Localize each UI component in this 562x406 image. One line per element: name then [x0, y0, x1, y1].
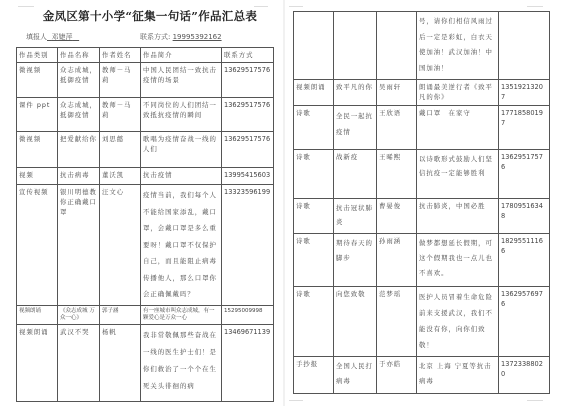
table-row: 诗歌 全民一起抗疫情 王欣语 戴口罩 在家守 17718580197	[294, 106, 550, 150]
cell-category: 微视频	[17, 63, 58, 98]
table-row: 视频朗诵 《众志成城 万众一心》 郭子涵 有一座城市叫众志成城，有一颗爱心是万众…	[17, 305, 274, 324]
page-corner-mark	[18, 6, 34, 7]
cell-category: 诗歌	[294, 150, 334, 199]
cell-intro: 疫情当前，我们每个人不能给国家添乱，戴口罩，会戴口罩是多么重要呀！戴口罩不仅保护…	[141, 185, 222, 306]
cell-author: 孙雨涵	[377, 234, 417, 287]
cell-author: 教师－马莉	[100, 63, 141, 98]
cell-phone: 13469671139	[222, 324, 274, 401]
header-intro: 作品简介	[141, 48, 222, 63]
cell-author: 董沃凯	[100, 168, 141, 185]
page-corner-mark	[527, 6, 543, 7]
cell-phone: 15295009998	[222, 305, 274, 324]
cell-phone: 13995415603	[222, 168, 274, 185]
cell-phone: 13629517576	[499, 150, 550, 199]
cell-intro: 做梦都想延长假期，可这个假期我也一点儿也不喜欢。	[417, 234, 499, 287]
header-name: 作品名称	[58, 48, 100, 63]
cell-phone	[499, 12, 550, 80]
compiler-name: 邓婕萍	[47, 33, 79, 41]
cell-name: 《众志成城 万众一心》	[58, 305, 100, 324]
cell-category: 视频朗诵	[17, 324, 58, 401]
cell-category: 手抄报	[294, 357, 334, 394]
table-row: 手抄报 全国人民打病毒 于亦皓 北京 上海 宁夏等抗击病毒 1372338802…	[294, 357, 550, 394]
cell-author	[377, 12, 417, 80]
cell-author: 郭子涵	[100, 305, 141, 324]
cell-intro: 朗诵最美逆行者《致平凡的你》	[417, 80, 499, 106]
cell-name: 银川明德教你正确戴口罩	[58, 185, 100, 306]
table-row: 诗歌 期待春天的脚步 孙雨涵 做梦都想延长假期，可这个假期我也一点儿也不喜欢。 …	[294, 234, 550, 287]
cell-phone: 17809516348	[499, 199, 550, 234]
compiler-label: 填报人	[26, 33, 47, 41]
document-page-right: 号，请你们相信风雨过后一定是彩虹，白衣天使加油！武汉加油！中国加油！ 视频朗诵 …	[285, 0, 562, 406]
cell-name: 致平凡的你	[334, 80, 377, 106]
table-row: 视频 抗击病毒 董沃凯 抗击疫情 13995415603	[17, 168, 274, 185]
cell-intro: 中国人民团结一致抗击疫情的场景	[141, 63, 222, 98]
header-author: 作者姓名	[100, 48, 141, 63]
cell-intro: 不同岗位的人们团结一致抵抗疫情的瞬间	[141, 98, 222, 132]
cell-intro: 抗击疫情	[141, 168, 222, 185]
cell-name: 把爱献给你	[58, 132, 100, 168]
contact-value: 19995392162	[173, 33, 222, 41]
works-table-left: 作品类别 作品名称 作者姓名 作品简介 联系方式 微视频 众志成城，抵御疫情 教…	[16, 47, 274, 402]
compiler-info: 填报人 邓婕萍	[26, 32, 79, 42]
cell-author: 王欣语	[377, 106, 417, 150]
cell-name: 众志成城，抵御疫情	[58, 63, 100, 98]
table-row: 课件 ppt 众志成城，抵御疫情 教师－马莉 不同岗位的人们团结一致抵抗疫情的瞬…	[17, 98, 274, 132]
cell-phone: 13723388020	[499, 357, 550, 394]
page-corner-mark	[289, 6, 303, 7]
page-corner-mark	[289, 400, 303, 401]
cell-name: 向您致敬	[334, 287, 377, 357]
cell-category: 诗歌	[294, 106, 334, 150]
cell-name: 抗击冠状肺炎	[334, 199, 377, 234]
contact-label: 联系方式:	[140, 33, 170, 41]
table-row: 诗歌 战新疫 王晞熙 以诗歌形式鼓励人们坚信抗疫一定能够胜利 136295175…	[294, 150, 550, 199]
document-page-left: 金凤区第十小学“征集一句话”作品汇总表 填报人 邓婕萍 联系方式: 199953…	[0, 0, 285, 406]
table-row: 视频朗诵 武汉不哭 杨帆 我非常敬佩那些奋战在一线的医生护士们！是你们救治了一个…	[17, 324, 274, 401]
cell-author: 王晞熙	[377, 150, 417, 199]
cell-intro: 抗击肺炎，中国必胜	[417, 199, 499, 234]
cell-phone: 13629576976	[499, 287, 550, 357]
cell-intro: 北京 上海 宁夏等抗击病毒	[417, 357, 499, 394]
cell-name: 战新疫	[334, 150, 377, 199]
cell-category: 诗歌	[294, 234, 334, 287]
cell-author: 刘思懿	[100, 132, 141, 168]
cell-phone: 13629517576	[222, 98, 274, 132]
table-header-row: 作品类别 作品名称 作者姓名 作品简介 联系方式	[17, 48, 274, 63]
cell-phone: 13323596199	[222, 185, 274, 306]
cell-name: 全民一起抗疫情	[334, 106, 377, 150]
cell-category: 宣传视频	[17, 185, 58, 306]
works-table-right: 号，请你们相信风雨过后一定是彩虹，白衣天使加油！武汉加油！中国加油！ 视频朗诵 …	[293, 11, 550, 394]
cell-phone: 17718580197	[499, 106, 550, 150]
cell-category: 视频朗诵	[17, 305, 58, 324]
cell-intro: 以诗歌形式鼓励人们坚信抗疫一定能够胜利	[417, 150, 499, 199]
cell-intro: 歌唱为疫情奋战一线的人们	[141, 132, 222, 168]
table-row: 视频朗诵 致平凡的你 吴雨轩 朗诵最美逆行者《致平凡的你》 1351921320…	[294, 80, 550, 106]
cell-author: 于亦皓	[377, 357, 417, 394]
cell-name: 全国人民打病毒	[334, 357, 377, 394]
cell-author: 范梦瑶	[377, 287, 417, 357]
document-title: 金凤区第十小学“征集一句话”作品汇总表	[30, 8, 270, 24]
cell-author: 杨帆	[100, 324, 141, 401]
cell-author: 曹晏俊	[377, 199, 417, 234]
cell-phone: 18295511166	[499, 234, 550, 287]
page-corner-mark	[254, 6, 268, 7]
cell-name: 抗击病毒	[58, 168, 100, 185]
cell-intro: 有一座城市叫众志成城，有一颗爱心是万众一心	[141, 305, 222, 324]
cell-category: 视频	[17, 168, 58, 185]
header-phone: 联系方式	[222, 48, 274, 63]
cell-author: 教师－马莉	[100, 98, 141, 132]
cell-intro: 医护人员冒着生命危险前来支援武汉，我们不能没有你，向你们致敬！	[417, 287, 499, 357]
cell-name: 众志成城，抵御疫情	[58, 98, 100, 132]
cell-phone: 13519213207	[499, 80, 550, 106]
table-row: 微视频 把爱献给你 刘思懿 歌唱为疫情奋战一线的人们 13629517576	[17, 132, 274, 168]
table-row: 微视频 众志成城，抵御疫情 教师－马莉 中国人民团结一致抗击疫情的场景 1362…	[17, 63, 274, 98]
cell-name: 期待春天的脚步	[334, 234, 377, 287]
table-row: 诗歌 抗击冠状肺炎 曹晏俊 抗击肺炎，中国必胜 17809516348	[294, 199, 550, 234]
header-category: 作品类别	[17, 48, 58, 63]
cell-phone: 13629517576	[222, 132, 274, 168]
cell-author: 吴雨轩	[377, 80, 417, 106]
cell-phone: 13629517576	[222, 63, 274, 98]
cell-author: 汪文心	[100, 185, 141, 306]
cell-category: 视频朗诵	[294, 80, 334, 106]
cell-intro: 戴口罩 在家守	[417, 106, 499, 150]
cell-intro: 号，请你们相信风雨过后一定是彩虹，白衣天使加油！武汉加油！中国加油！	[417, 12, 499, 80]
cell-category: 微视频	[17, 132, 58, 168]
cell-category	[294, 12, 334, 80]
cell-category: 诗歌	[294, 199, 334, 234]
table-row: 宣传视频 银川明德教你正确戴口罩 汪文心 疫情当前，我们每个人不能给国家添乱，戴…	[17, 185, 274, 306]
contact-info: 联系方式: 19995392162	[140, 32, 222, 42]
cell-intro: 我非常敬佩那些奋战在一线的医生护士们！是你们救治了一个个在生死关头徘徊的病	[141, 324, 222, 401]
cell-category: 诗歌	[294, 287, 334, 357]
cell-name	[334, 12, 377, 80]
table-row: 诗歌 向您致敬 范梦瑶 医护人员冒着生命危险前来支援武汉，我们不能没有你，向你们…	[294, 287, 550, 357]
table-row: 号，请你们相信风雨过后一定是彩虹，白衣天使加油！武汉加油！中国加油！	[294, 12, 550, 80]
cell-name: 武汉不哭	[58, 324, 100, 401]
page-corner-mark	[527, 400, 543, 401]
cell-category: 课件 ppt	[17, 98, 58, 132]
